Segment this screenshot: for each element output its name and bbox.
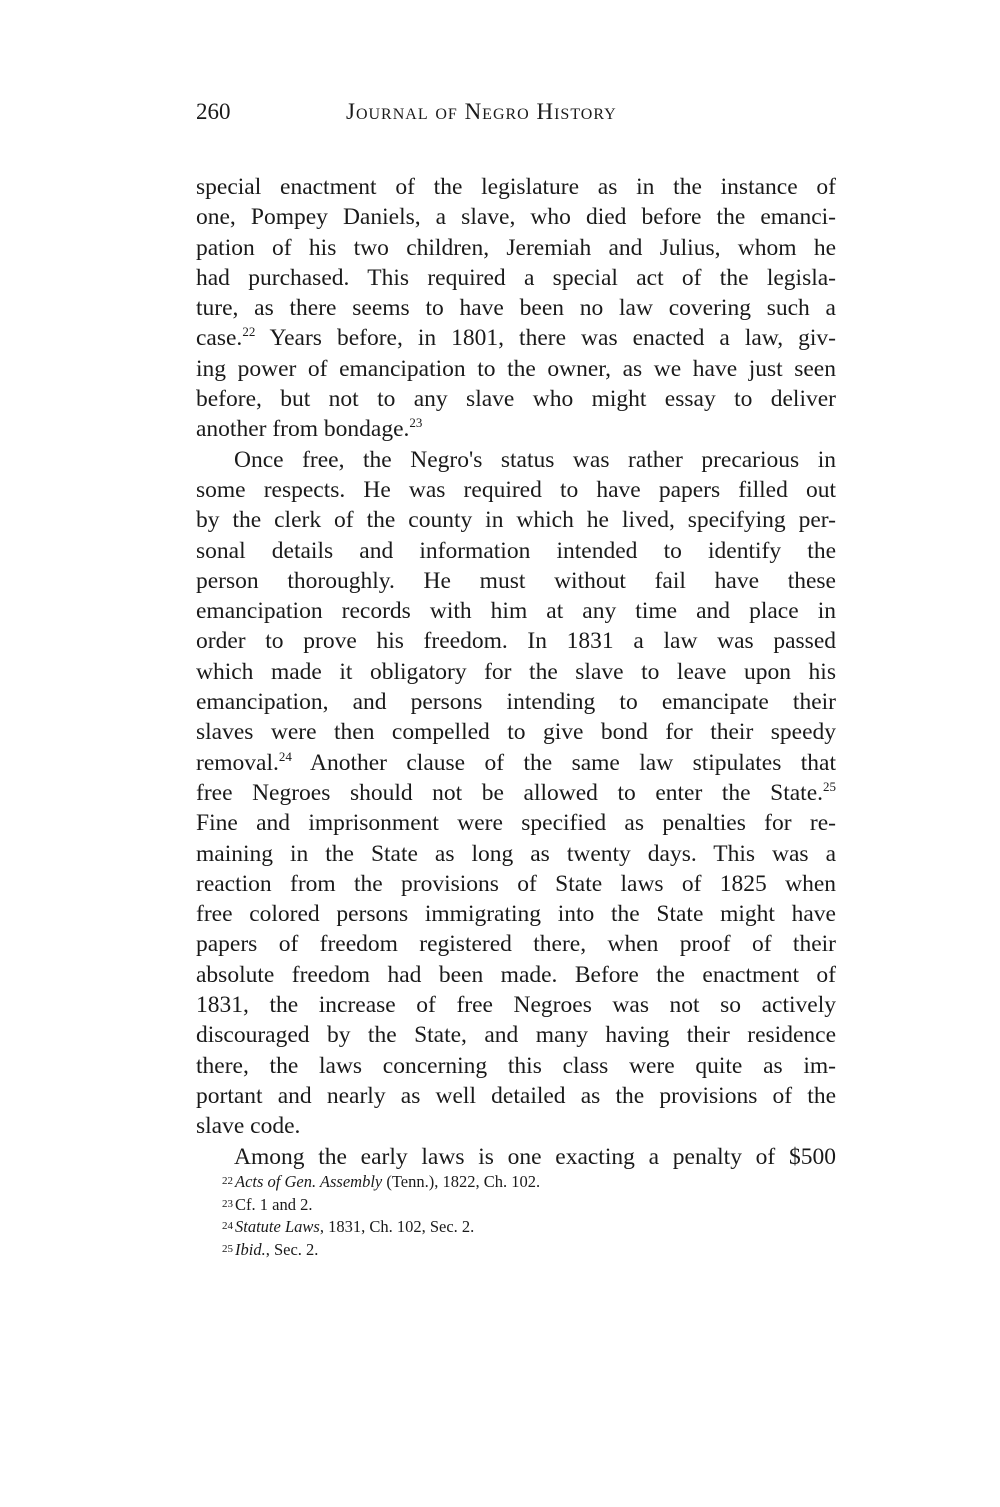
text-line: Among the early laws is one exacting a p… bbox=[196, 1142, 836, 1172]
footnote-25: 25Ibid., Sec. 2. bbox=[222, 1238, 842, 1261]
footnote-ref: 25 bbox=[823, 779, 836, 794]
text-line: another from bondage.23 bbox=[196, 414, 836, 444]
text-line: pation of his two children, Jeremiah and… bbox=[196, 233, 836, 263]
text-line: there, the laws concerning this class we… bbox=[196, 1051, 836, 1081]
footnote-23: 23Cf. 1 and 2. bbox=[222, 1193, 842, 1216]
text-line: case.22 Years before, in 1801, there was… bbox=[196, 323, 836, 353]
text-line: order to prove his freedom. In 1831 a la… bbox=[196, 626, 836, 656]
text-line: sonal details and information intended t… bbox=[196, 536, 836, 566]
body-text: special enactment of the legislature as … bbox=[196, 172, 836, 1172]
text-line: special enactment of the legislature as … bbox=[196, 172, 836, 202]
footnote-ref: 22 bbox=[242, 324, 255, 339]
text-line: which made it obligatory for the slave t… bbox=[196, 657, 836, 687]
text-line: discouraged by the State, and many havin… bbox=[196, 1020, 836, 1050]
text-line: slave code. bbox=[196, 1111, 836, 1141]
footnote-ref: 23 bbox=[409, 415, 422, 430]
text-line: person thoroughly. He must without fail … bbox=[196, 566, 836, 596]
footnote-24: 24Statute Laws, 1831, Ch. 102, Sec. 2. bbox=[222, 1215, 842, 1238]
text-line: reaction from the provisions of State la… bbox=[196, 869, 836, 899]
text-line: maining in the State as long as twenty d… bbox=[196, 839, 836, 869]
text-line: had purchased. This required a special a… bbox=[196, 263, 836, 293]
text-line: before, but not to any slave who might e… bbox=[196, 384, 836, 414]
running-head: Journal of Negro History bbox=[346, 99, 617, 125]
text-line: some respects. He was required to have p… bbox=[196, 475, 836, 505]
text-line: 1831, the increase of free Negroes was n… bbox=[196, 990, 836, 1020]
text-line: papers of freedom registered there, when… bbox=[196, 929, 836, 959]
text-line: removal.24 Another clause of the same la… bbox=[196, 748, 836, 778]
document-page: 260 Journal of Negro History special ena… bbox=[0, 0, 1000, 1507]
text-line: ture, as there seems to have been no law… bbox=[196, 293, 836, 323]
page-number: 260 bbox=[196, 99, 231, 125]
footnotes: 22Acts of Gen. Assembly (Tenn.), 1822, C… bbox=[222, 1170, 842, 1260]
text-line: Fine and imprisonment were specified as … bbox=[196, 808, 836, 838]
text-line: free Negroes should not be allowed to en… bbox=[196, 778, 836, 808]
text-line: free colored persons immigrating into th… bbox=[196, 899, 836, 929]
text-line: ing power of emancipation to the owner, … bbox=[196, 354, 836, 384]
footnote-22: 22Acts of Gen. Assembly (Tenn.), 1822, C… bbox=[222, 1170, 842, 1193]
text-line: by the clerk of the county in which he l… bbox=[196, 505, 836, 535]
text-line: absolute freedom had been made. Before t… bbox=[196, 960, 836, 990]
text-line: emancipation records with him at any tim… bbox=[196, 596, 836, 626]
text-line: slaves were then compelled to give bond … bbox=[196, 717, 836, 747]
text-line: one, Pompey Daniels, a slave, who died b… bbox=[196, 202, 836, 232]
text-line: emancipation, and persons intending to e… bbox=[196, 687, 836, 717]
footnote-ref: 24 bbox=[279, 749, 292, 764]
text-line: Once free, the Negro's status was rather… bbox=[196, 445, 836, 475]
text-line: portant and nearly as well detailed as t… bbox=[196, 1081, 836, 1111]
